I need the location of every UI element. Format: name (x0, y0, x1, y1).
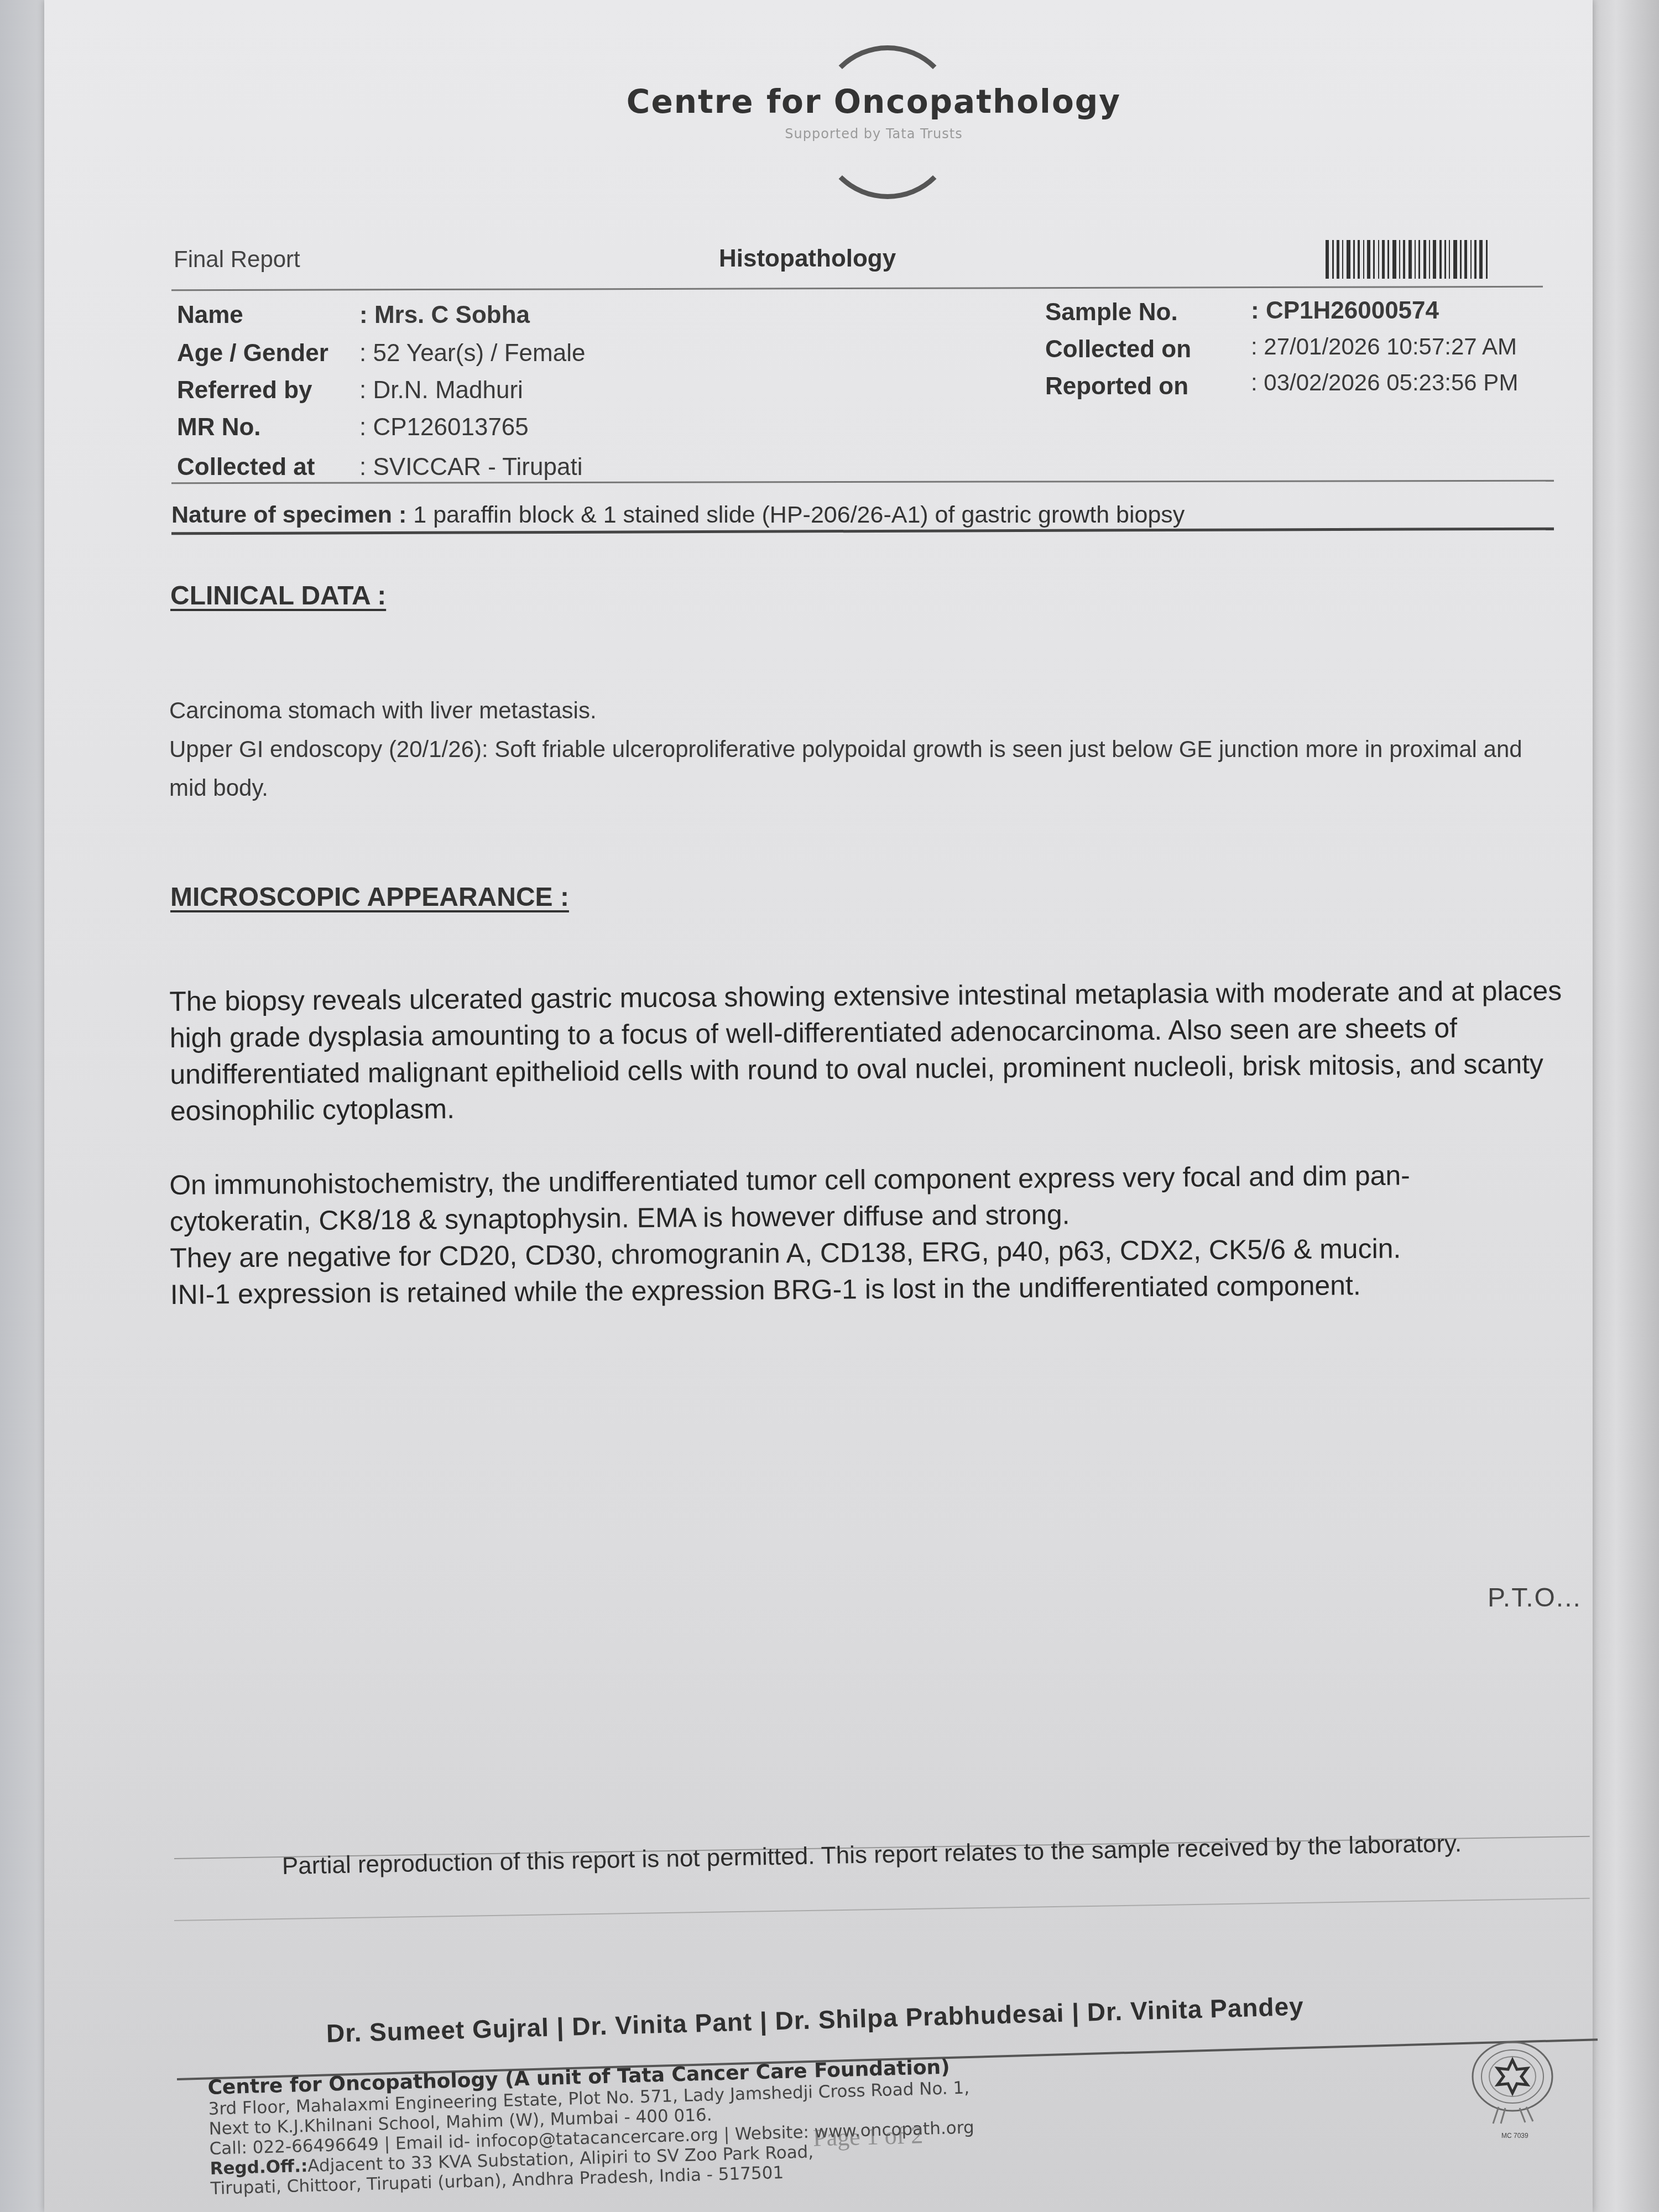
barcode-bar (1392, 240, 1396, 279)
barcode-bar (1429, 240, 1430, 279)
barcode-bar (1474, 240, 1477, 279)
name-value: : Mrs. C Sobha (359, 301, 530, 329)
microscopic-heading: MICROSCOPIC APPEARANCE : (170, 882, 569, 912)
pto-note: P.T.O... (1488, 1583, 1582, 1613)
microscopic-paragraph-1: The biopsy reveals ulcerated gastric muc… (169, 972, 1564, 1129)
mr-no-value: : CP126013765 (359, 414, 529, 441)
barcode-bar (1373, 240, 1375, 279)
barcode-bar (1486, 240, 1488, 279)
collected-at-value: : SVICCAR - Tirupati (359, 453, 582, 481)
barcode-bar (1423, 240, 1426, 279)
nature-of-specimen: Nature of specimen : 1 paraffin block & … (171, 502, 1185, 529)
barcode-bar (1403, 240, 1405, 279)
microscopic-paragraph-2: On immunohistochemistry, the undifferent… (169, 1156, 1486, 1313)
clinical-line-2: Upper GI endoscopy (20/1/26): Soft friab… (169, 730, 1563, 807)
barcode-bar (1415, 240, 1416, 279)
accreditation-seal-icon (1465, 2035, 1559, 2129)
specimen-value: 1 paraffin block & 1 stained slide (HP-2… (406, 502, 1185, 528)
referred-by-label: Referred by (177, 377, 312, 404)
barcode-bar (1433, 240, 1436, 279)
barcode-bar (1439, 240, 1442, 279)
mr-no-label: MR No. (177, 414, 261, 441)
barcode-bar (1342, 240, 1343, 279)
regd-label: Regd.Off.: (210, 2156, 308, 2179)
age-gender-label: Age / Gender (177, 340, 328, 367)
barcode-bar (1449, 240, 1450, 279)
barcode-bar (1387, 240, 1389, 279)
page-number: Page 1 of 2 (812, 2121, 924, 2152)
sample-no-label: Sample No. (1045, 299, 1178, 326)
barcode-bar (1337, 240, 1339, 279)
header-divider (171, 286, 1543, 291)
barcode-bar (1464, 240, 1467, 279)
logo-subtitle: Supported by Tata Trusts (581, 126, 1167, 142)
barcode-bar (1358, 240, 1360, 279)
seal-caption: MC 7039 (1501, 2132, 1528, 2140)
name-label: Name (177, 301, 243, 329)
clinical-data-heading: CLINICAL DATA : (170, 581, 386, 611)
barcode-bar (1453, 240, 1457, 279)
reported-on-value: : 03/02/2026 05:23:56 PM (1251, 369, 1518, 396)
centre-logo: Centre for Oncopathology Supported by Ta… (581, 39, 1167, 199)
barcode-bar (1418, 240, 1420, 279)
collected-at-label: Collected at (177, 453, 315, 481)
barcode-bar (1479, 240, 1483, 279)
collected-on-value: : 27/01/2026 10:57:27 AM (1251, 333, 1517, 360)
ihc-line-1: On immunohistochemistry, the undifferent… (169, 1156, 1486, 1240)
barcode-bar (1408, 240, 1412, 279)
disclaimer-text: Partial reproduction of this report is n… (282, 1830, 1462, 1880)
barcode-bar (1353, 240, 1355, 279)
clinical-data-text: Carcinoma stomach with liver metastasis.… (169, 691, 1563, 807)
sample-no-value: : CP1H26000574 (1251, 297, 1439, 325)
barcode-icon (1326, 240, 1537, 279)
department-title: Histopathology (719, 245, 896, 273)
barcode-bar (1326, 240, 1329, 279)
barcode-bar (1367, 240, 1370, 279)
barcode-bar (1382, 240, 1385, 279)
barcode-bar (1470, 240, 1472, 279)
barcode-bar (1332, 240, 1334, 279)
collected-on-label: Collected on (1045, 336, 1191, 363)
age-gender-value: : 52 Year(s) / Female (359, 340, 585, 367)
disclaimer-bottom-divider (174, 1898, 1590, 1921)
referred-by-value: : Dr.N. Madhuri (359, 377, 523, 404)
reported-on-label: Reported on (1045, 373, 1188, 400)
report-type: Final Report (174, 246, 300, 273)
barcode-bar (1363, 240, 1364, 279)
barcode-bar (1399, 240, 1400, 279)
specimen-label: Nature of specimen : (171, 502, 406, 528)
report-content: Centre for Oncopathology Supported by Ta… (0, 0, 1659, 2212)
logo-title: Centre for Oncopathology (581, 83, 1167, 121)
pathologists-list: Dr. Sumeet Gujral | Dr. Vinita Pant | Dr… (326, 1991, 1304, 2048)
barcode-bar (1460, 240, 1462, 279)
barcode-bar (1444, 240, 1446, 279)
barcode-bar (1378, 240, 1379, 279)
barcode-bar (1347, 240, 1350, 279)
clinical-line-1: Carcinoma stomach with liver metastasis. (169, 691, 1563, 730)
